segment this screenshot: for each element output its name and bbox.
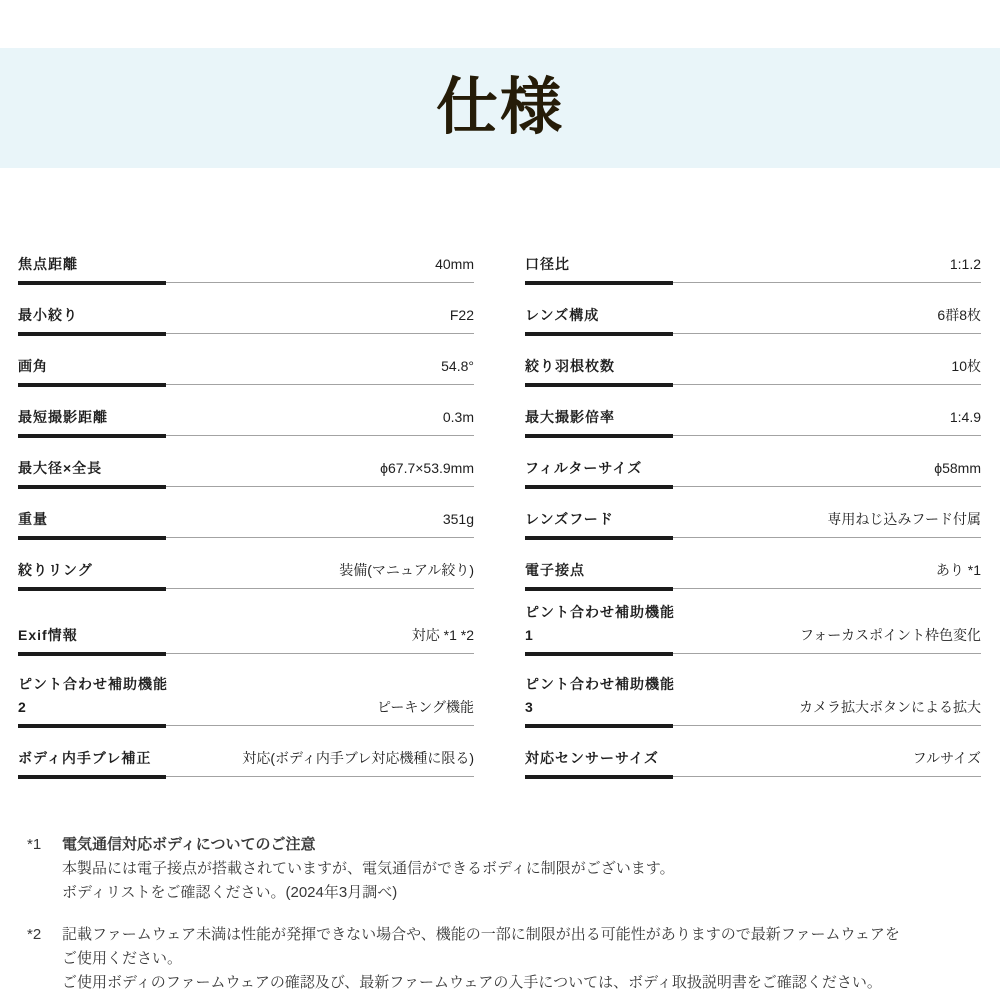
spec-value: 装備(マニュアル絞り): [339, 559, 474, 582]
spec-label: 最大撮影倍率: [525, 406, 615, 429]
spec-value: 対応(ボディ内手ブレ対応機種に限る): [242, 747, 474, 770]
spec-label: 画角: [18, 355, 48, 378]
footnote-marker: *2: [27, 923, 62, 995]
spec-label: レンズフード: [525, 508, 614, 531]
spec-label: ピント合わせ補助機能 1: [525, 601, 675, 647]
spec-value: カメラ拡大ボタンによる拡大: [799, 696, 981, 719]
spec-label: 対応センサーサイズ: [525, 747, 659, 770]
spec-row-focus-assist-1: ピント合わせ補助機能 1 フォーカスポイント枠色変化: [525, 591, 981, 656]
footnote-title: 電気通信対応ボディについてのご注意: [62, 833, 675, 857]
spec-value: ϕ58mm: [934, 457, 981, 480]
spec-label: 最大径×全長: [18, 457, 102, 480]
spec-row-aperture-ratio: 口径比 1:1.2: [525, 234, 981, 285]
spec-label: 絞りリング: [18, 559, 93, 582]
spec-row-lens-construction: レンズ構成 6群8枚: [525, 285, 981, 336]
spec-label: 口径比: [525, 253, 570, 276]
footnote-body: 記載ファームウェア未満は性能が発揮できない場合や、機能の一部に制限が出る可能性が…: [62, 923, 900, 995]
spec-label: 最短撮影距離: [18, 406, 108, 429]
spec-value: 0.3m: [443, 406, 474, 429]
spec-row-focus-assist-3: ピント合わせ補助機能 3 カメラ拡大ボタンによる拡大: [525, 656, 981, 728]
spec-value: 専用ねじ込みフード付属: [827, 508, 981, 531]
spec-value: ピーキング機能: [377, 696, 474, 719]
spec-label: 焦点距離: [18, 253, 78, 276]
spec-value: 10枚: [951, 355, 981, 378]
footnote-text: 本製品には電子接点が搭載されていますが、電気通信ができるボディに制限がございます…: [62, 857, 675, 905]
spec-value: 6群8枚: [937, 304, 981, 327]
spec-label: ピント合わせ補助機能 3: [525, 673, 675, 719]
spec-row-ibis: ボディ内手ブレ補正 対応(ボディ内手ブレ対応機種に限る): [18, 728, 474, 779]
spec-value: 対応 *1 *2: [412, 624, 474, 647]
spec-label: レンズ構成: [525, 304, 599, 327]
title-band: 仕様: [0, 48, 1000, 168]
spec-value: 1:4.9: [950, 406, 981, 429]
spec-value: 40mm: [435, 253, 474, 276]
spec-value: F22: [450, 304, 474, 327]
spec-label: フィルターサイズ: [525, 457, 642, 480]
spec-row-angle-of-view: 画角 54.8°: [18, 336, 474, 387]
spec-value: フォーカスポイント枠色変化: [800, 624, 981, 647]
spec-label: ピント合わせ補助機能 2: [18, 673, 168, 719]
footnote-body: 電気通信対応ボディについてのご注意 本製品には電子接点が搭載されていますが、電気…: [62, 833, 675, 905]
spec-row-sensor-size: 対応センサーサイズ フルサイズ: [525, 728, 981, 779]
spec-row-weight: 重量 351g: [18, 489, 474, 540]
spec-label: ボディ内手ブレ補正: [18, 747, 151, 770]
spec-table: 焦点距離 40mm 口径比 1:1.2 最小絞り F22 レンズ構成 6群8枚 …: [0, 234, 1000, 779]
spec-label: 絞り羽根枚数: [525, 355, 615, 378]
spec-value: 54.8°: [441, 355, 474, 378]
spec-label: 重量: [18, 508, 48, 531]
spec-label: Exif情報: [18, 624, 78, 647]
page-title: 仕様: [436, 77, 564, 139]
spec-row-lens-hood: レンズフード 専用ねじ込みフード付属: [525, 489, 981, 540]
footnote-1: *1 電気通信対応ボディについてのご注意 本製品には電子接点が搭載されていますが…: [27, 833, 981, 905]
spec-row-max-magnification: 最大撮影倍率 1:4.9: [525, 387, 981, 438]
spec-value: 351g: [443, 508, 474, 531]
footnote-marker: *1: [27, 833, 62, 905]
spec-row-aperture-blades: 絞り羽根枚数 10枚: [525, 336, 981, 387]
spec-value: フルサイズ: [913, 747, 981, 770]
spec-row-max-diameter-length: 最大径×全長 ϕ67.7×53.9mm: [18, 438, 474, 489]
footnote-2: *2 記載ファームウェア未満は性能が発揮できない場合や、機能の一部に制限が出る可…: [27, 923, 981, 995]
spec-row-focal-length: 焦点距離 40mm: [18, 234, 474, 285]
spec-value: 1:1.2: [950, 253, 981, 276]
footnotes: *1 電気通信対応ボディについてのご注意 本製品には電子接点が搭載されていますが…: [0, 833, 1000, 995]
spec-label: 最小絞り: [18, 304, 78, 327]
spec-row-aperture-ring: 絞りリング 装備(マニュアル絞り): [18, 540, 474, 591]
spec-row-electronic-contacts: 電子接点 あり *1: [525, 540, 981, 591]
spec-label: 電子接点: [525, 559, 585, 582]
spec-row-exif-info: Exif情報 対応 *1 *2: [18, 591, 474, 656]
spec-row-min-aperture: 最小絞り F22: [18, 285, 474, 336]
footnote-text: 記載ファームウェア未満は性能が発揮できない場合や、機能の一部に制限が出る可能性が…: [62, 923, 900, 995]
spec-value: あり *1: [936, 559, 981, 582]
spec-row-focus-assist-2: ピント合わせ補助機能 2 ピーキング機能: [18, 656, 474, 728]
spec-row-min-focus-distance: 最短撮影距離 0.3m: [18, 387, 474, 438]
spec-row-filter-size: フィルターサイズ ϕ58mm: [525, 438, 981, 489]
spec-value: ϕ67.7×53.9mm: [380, 457, 474, 480]
